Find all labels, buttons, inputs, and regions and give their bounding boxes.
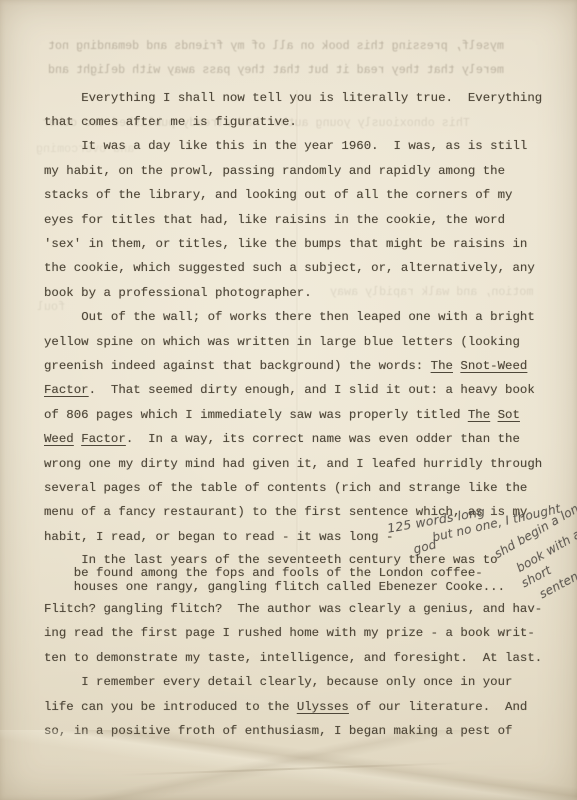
typed-line: wrong one my dirty mind had given it, an… [44,456,542,472]
bleedthrough-line: motion, and walk rapidly away [330,285,533,299]
typed-text: ing read the first page I rushed home wi… [44,626,535,640]
typed-text: book by a professional photographer. [44,286,312,300]
typed-text: I remember every detail clearly, because… [81,675,512,689]
underlined-title-text: The [468,408,490,422]
typed-text: Out of the wall; of works there then lea… [81,310,535,324]
typed-text: my habit, on the prowl, passing randomly… [44,164,505,178]
typed-text: the cookie, which suggested such a subje… [44,261,535,275]
bleedthrough-line: merely that they read it but that they p… [48,63,504,77]
typed-line: so, in a positive froth of enthusiasm, I… [44,723,512,739]
underlined-title-text: Snot-Weed [460,359,527,373]
typed-line: greenish indeed against that background)… [44,358,527,374]
typed-line: habit, I read, or began to read - it was… [44,529,393,545]
typed-text: ten to demonstrate my taste, intelligenc… [44,651,542,665]
typed-text: greenish indeed against that background)… [44,359,431,373]
underlined-title-text: Ulysses [297,700,349,714]
typed-line: Flitch? gangling flitch? The author was … [44,601,542,617]
paper-crease-diagonal [120,762,460,776]
manuscript-page: myself, pressing this book on all of my … [0,0,577,800]
typed-line: stacks of the library, and looking out o… [44,187,512,203]
typed-text: . That seemed dirty enough, and I slid i… [89,383,535,397]
typed-line: I remember every detail clearly, because… [81,674,512,690]
typed-text: so, in a positive froth of enthusiasm, I… [44,724,512,738]
typed-text: eyes for titles that had, like raisins i… [44,213,505,227]
typed-text: of our literature. And [349,700,527,714]
typed-text: stacks of the library, and looking out o… [44,188,512,202]
typed-line: of 806 pages which I immediately saw was… [44,407,520,423]
typed-text: . In a way, its correct name was even od… [126,432,520,446]
typed-text: yellow spine on which was written in lar… [44,335,520,349]
typed-text: 'sex' in them, or titles, like the bumps… [44,237,527,251]
typed-line: 'sex' in them, or titles, like the bumps… [44,236,527,252]
underlined-title-text: Sot [498,408,520,422]
typed-text: life can you be introduced to the [44,700,297,714]
typed-line: ing read the first page I rushed home wi… [44,625,535,641]
typed-line: my habit, on the prowl, passing randomly… [44,163,505,179]
typed-line: yellow spine on which was written in lar… [44,334,520,350]
typed-text: It was a day like this in the year 1960.… [81,139,527,153]
typed-line: It was a day like this in the year 1960.… [81,138,527,154]
typed-text: that comes after me is figurative. [44,115,297,129]
typed-text: habit, I read, or began to read - it was… [44,530,393,544]
underlined-title-text: Factor [81,432,126,446]
typed-line: life can you be introduced to the Ulysse… [44,699,527,715]
typed-line: Out of the wall; of works there then lea… [81,309,535,325]
typed-line: ten to demonstrate my taste, intelligenc… [44,650,542,666]
typed-text: Everything I shall now tell you is liter… [81,91,542,105]
typed-line: Factor. That seemed dirty enough, and I … [44,382,535,398]
typed-text [490,408,497,422]
bleedthrough-line: foul [37,300,65,314]
typed-line: book by a professional photographer. [44,285,312,301]
typed-text: houses one rangy, gangling flitch called… [74,580,505,594]
typed-text: several pages of the table of contents (… [44,481,527,495]
typed-line: the cookie, which suggested such a subje… [44,260,535,276]
bleedthrough-line: myself, pressing this book on all of my … [48,39,504,53]
underlined-title-text: The [431,359,453,373]
underlined-title-text: Weed [44,432,74,446]
typed-text: of 806 pages which I immediately saw was… [44,408,468,422]
typed-quote-line: houses one rangy, gangling flitch called… [74,579,505,595]
typed-line: that comes after me is figurative. [44,114,297,130]
typed-line: Weed Factor. In a way, its correct name … [44,431,520,447]
typed-line: Everything I shall now tell you is liter… [81,90,542,106]
typed-text: wrong one my dirty mind had given it, an… [44,457,542,471]
paper-wrinkles [0,730,577,800]
typed-text: Flitch? gangling flitch? The author was … [44,602,542,616]
underlined-title-text: Factor [44,383,89,397]
typed-line: several pages of the table of contents (… [44,480,527,496]
typed-line: eyes for titles that had, like raisins i… [44,212,505,228]
